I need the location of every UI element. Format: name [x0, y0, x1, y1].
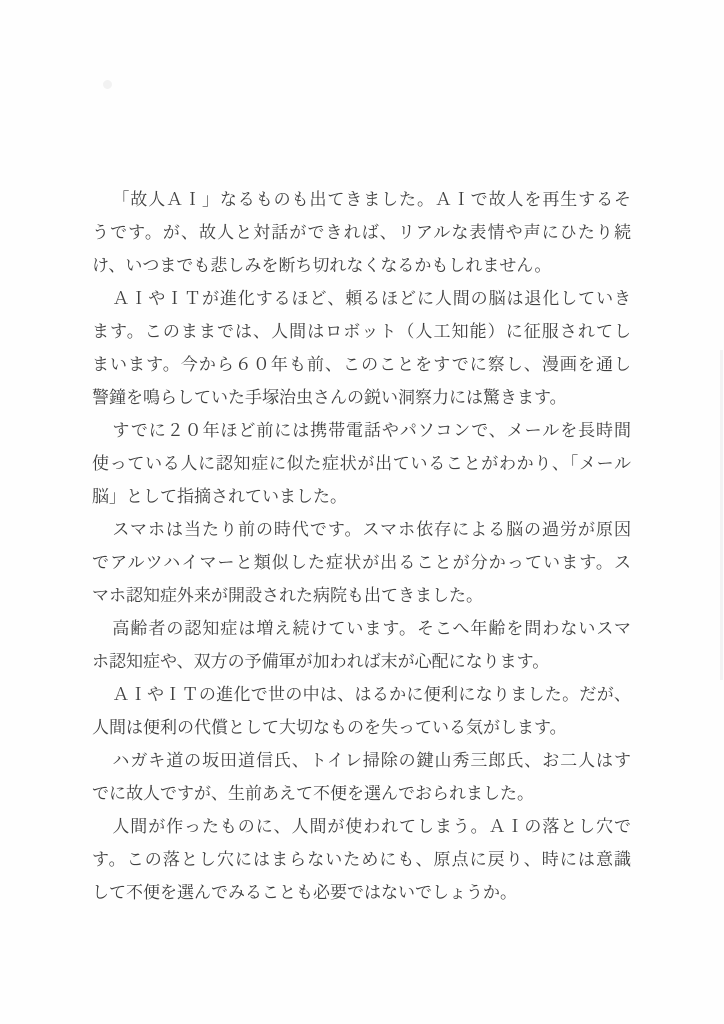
text-line: 「故人ＡＩ」なるものも出てきました。ＡＩで故人を再生するそ	[92, 183, 631, 216]
text-line: す。この落とし穴にはまらないためにも、原点に戻り、時には意識	[92, 843, 631, 876]
text-line: 脳」として指摘されていました。	[92, 480, 631, 513]
text-line: 警鐘を鳴らしていた手塚治虫さんの鋭い洞察力には驚きます。	[92, 381, 631, 414]
text-line: スマホは当たり前の時代です。スマホ依存による脳の過労が原因	[92, 513, 631, 546]
text-line: うです。が、故人と対話ができれば、リアルな表情や声にひたり続	[92, 216, 631, 249]
text-line: ます。このままでは、人間はロボット（人工知能）に征服されてし	[92, 315, 631, 348]
text-line: ホ認知症や、双方の予備軍が加われば末が心配になります。	[92, 645, 631, 678]
scanned-document-page: 「故人ＡＩ」なるものも出てきました。ＡＩで故人を再生するそ うです。が、故人と対…	[0, 0, 724, 1024]
text-line: 使っている人に認知症に似た症状が出ていることがわかり、「メール	[92, 447, 631, 480]
scan-artifact-smudge	[103, 80, 112, 89]
text-line: ＡＩやＩＴの進化で世の中は、はるかに便利になりました。だが、	[92, 678, 631, 711]
text-line: 人間が作ったものに、人間が使われてしまう。ＡＩの落とし穴で	[92, 810, 631, 843]
text-line: マホ認知症外来が開設された病院も出てきました。	[92, 579, 631, 612]
paragraph-kojin-ai: 「故人ＡＩ」なるものも出てきました。ＡＩで故人を再生するそ うです。が、故人と対…	[92, 183, 631, 282]
text-line: して不便を選んでみることも必要ではないでしょうか。	[92, 876, 631, 909]
text-line: 人間は便利の代償として大切なものを失っている気がします。	[92, 711, 631, 744]
paragraph-ai-it-evolution: ＡＩやＩＴが進化するほど、頼るほどに人間の脳は退化していき ます。このままでは、…	[92, 282, 631, 414]
paragraph-mail-brain: すでに２０年ほど前には携帯電話やパソコンで、メールを長時間 使っている人に認知症…	[92, 414, 631, 513]
text-line: でに故人ですが、生前あえて不便を選んでおられました。	[92, 777, 631, 810]
paragraph-chose-inconvenience: ハガキ道の坂田道信氏、トイレ掃除の鍵山秀三郎氏、お二人はす でに故人ですが、生前…	[92, 744, 631, 810]
text-line: すでに２０年ほど前には携帯電話やパソコンで、メールを長時間	[92, 414, 631, 447]
paragraph-smartphone-dementia: スマホは当たり前の時代です。スマホ依存による脳の過労が原因 でアルツハイマーと類…	[92, 513, 631, 612]
text-line: 高齢者の認知症は増え続けています。そこへ年齢を問わないスマ	[92, 612, 631, 645]
scan-artifact-edge-line	[720, 350, 723, 680]
text-line: け、いつまでも悲しみを断ち切れなくなるかもしれません。	[92, 249, 631, 282]
paragraph-elderly-dementia: 高齢者の認知症は増え続けています。そこへ年齢を問わないスマ ホ認知症や、双方の予…	[92, 612, 631, 678]
text-line: でアルツハイマーと類似した症状が出ることが分かっています。ス	[92, 546, 631, 579]
text-line: まいます。今から６０年も前、このことをすでに察し、漫画を通し	[92, 348, 631, 381]
text-line: ハガキ道の坂田道信氏、トイレ掃除の鍵山秀三郎氏、お二人はす	[92, 744, 631, 777]
paragraph-ai-pitfall: 人間が作ったものに、人間が使われてしまう。ＡＩの落とし穴で す。この落とし穴には…	[92, 810, 631, 909]
text-line: ＡＩやＩＴが進化するほど、頼るほどに人間の脳は退化していき	[92, 282, 631, 315]
paragraph-convenience-cost: ＡＩやＩＴの進化で世の中は、はるかに便利になりました。だが、 人間は便利の代償と…	[92, 678, 631, 744]
document-body: 「故人ＡＩ」なるものも出てきました。ＡＩで故人を再生するそ うです。が、故人と対…	[92, 183, 631, 909]
